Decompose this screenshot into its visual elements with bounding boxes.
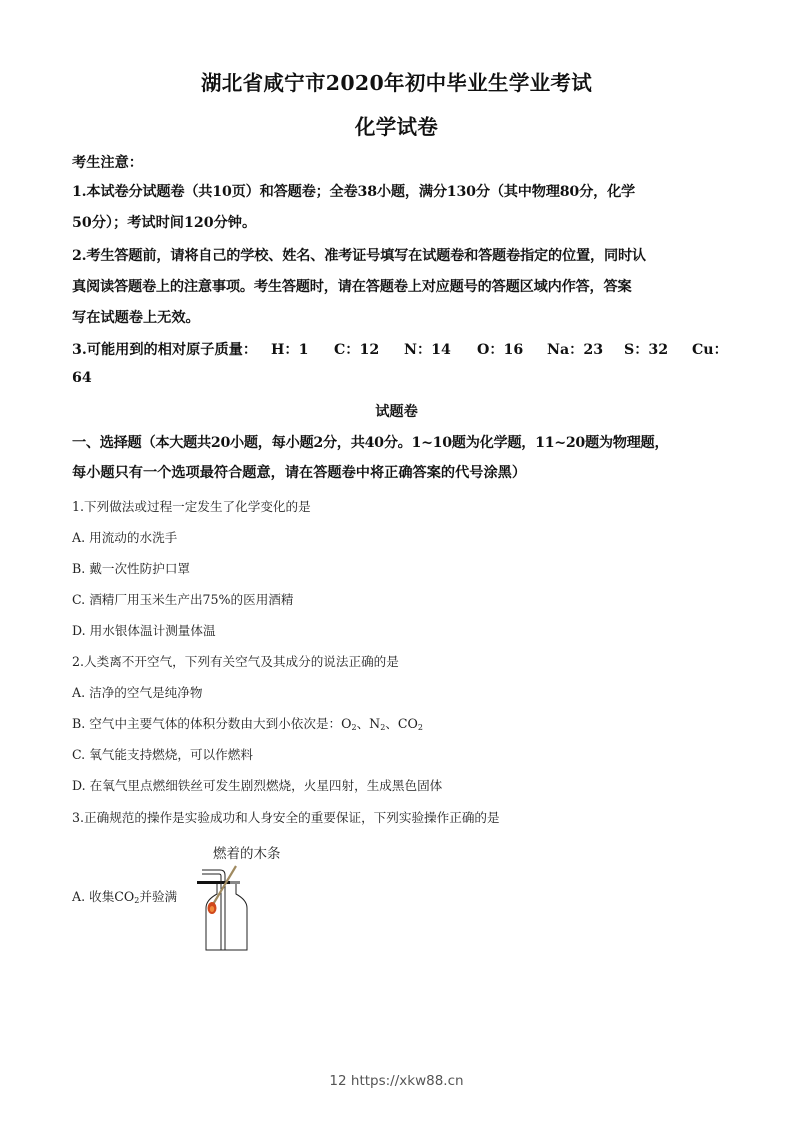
question-1-option-c: C. 酒精厂用玉米生产出75%的医用酒精 (72, 589, 294, 608)
question-2-option-a: A. 洁净的空气是纯净物 (72, 682, 202, 701)
atomic-mass-wrap: 64 (72, 370, 92, 386)
question-1-option-a: A. 用流动的水洗手 (72, 527, 177, 546)
gas-collection-bottle-figure (190, 858, 270, 953)
exam-subtitle: 化学试卷 (0, 110, 793, 140)
question-2-option-d: D. 在氧气里点燃细铁丝可发生剧烈燃烧，火星四射，生成黑色固体 (72, 775, 442, 794)
formula-co2: CO2 (398, 716, 423, 731)
question-3-option-a: A. 收集CO2并验满 (72, 886, 177, 905)
atomic-mass-h: H：1 (271, 339, 308, 359)
question-3-stem: 3.正确规范的操作是实验成功和人身安全的重要保证，下列实验操作正确的是 (72, 807, 500, 826)
notice-item1-line1: 1.本试卷分试题卷（共10页）和答题卷；全卷38小题，满分130分（其中物理80… (72, 181, 635, 201)
question-2-option-c: C. 氧气能支持燃烧，可以作燃料 (72, 744, 253, 763)
formula-n2: N2 (369, 716, 385, 731)
notice-item2-line2: 真阅读答题卷上的注意事项。考生答题时，请在答题卷上对应题号的答题区域内作答，答案 (72, 276, 632, 296)
section-intro-line2: 每小题只有一个选项最符合题意，请在答题卷中将正确答案的代号涂黑） (72, 462, 526, 482)
atomic-mass-c: C：12 (334, 339, 379, 359)
atomic-mass-s: S：32 (624, 339, 668, 359)
question-1-stem: 1.下列做法或过程一定发生了化学变化的是 (72, 496, 311, 515)
atomic-mass-line: 3.可能用到的相对原子质量： H：1 C：12 N：14 O：16 Na：23 … (0, 339, 793, 359)
atomic-mass-na: Na：23 (547, 339, 603, 359)
atomic-mass-cu: Cu： (692, 339, 728, 359)
section-intro-line1: 一、选择题（本大题共20小题，每小题2分，共40分。1~10题为化学题，11~2… (72, 432, 668, 452)
question-2-option-b-text: B. 空气中主要气体的体积分数由大到小依次是： (72, 716, 341, 731)
notice-item1-line2: 50分）；考试时间120分钟。 (72, 212, 256, 232)
notice-item2-line1: 2.考生答题前，请将自己的学校、姓名、准考证号填写在试题卷和答题卷指定的位置，同… (72, 245, 646, 265)
section-heading: 试题卷 (0, 401, 793, 421)
question-2-stem: 2.人类离不开空气，下列有关空气及其成分的说法正确的是 (72, 651, 399, 670)
atomic-mass-prefix: 3.可能用到的相对原子质量： (72, 339, 257, 359)
exam-title: 湖北省咸宁市2020年初中毕业生学业考试 (0, 66, 793, 96)
formula-o2: O2 (341, 716, 356, 731)
atomic-mass-n: N：14 (404, 339, 451, 359)
formula-co2: CO2 (114, 889, 139, 904)
question-2-option-b: B. 空气中主要气体的体积分数由大到小依次是：O2、N2、CO2 (72, 713, 423, 732)
notice-heading: 考生注意： (72, 152, 143, 172)
atomic-mass-o: O：16 (477, 339, 523, 359)
page-footer: 12 https://xkw88.cn (0, 1073, 793, 1089)
question-1-option-d: D. 用水银体温计测量体温 (72, 620, 216, 639)
notice-item2-line3: 写在试题卷上无效。 (72, 307, 200, 327)
question-1-option-b: B. 戴一次性防护口罩 (72, 558, 190, 577)
